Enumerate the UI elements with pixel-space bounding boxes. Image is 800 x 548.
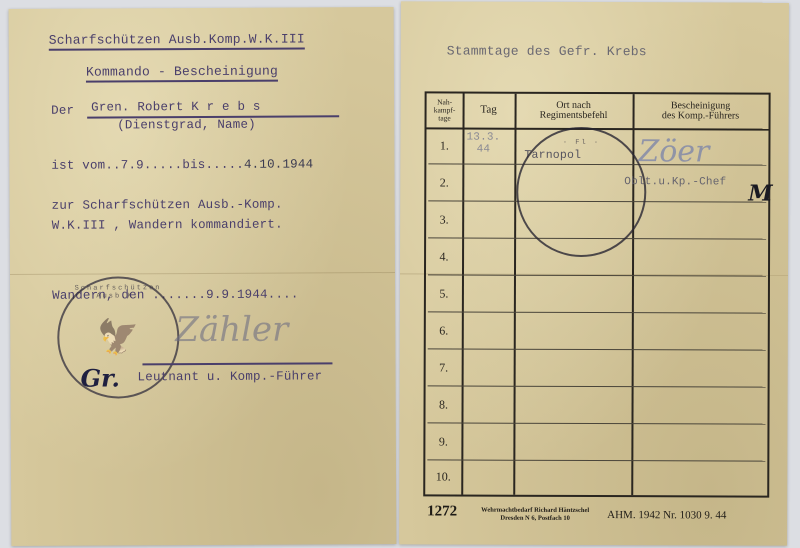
form-number: 1272 (427, 503, 457, 520)
document-title: Kommando - Bescheinigung (86, 64, 278, 83)
stammtage-card-document: Stammtage des Gefr. Krebs Nah- kampf- ta… (399, 1, 789, 545)
period-prefix: ist vom.. (51, 158, 120, 172)
header-nahkampftage: Nah- kampf- tage (427, 93, 463, 127)
assignment-line-2: W.K.III , Wandern kommandiert. (52, 218, 283, 233)
printer-line-2: Dresden N 6, Postfach 10 (465, 514, 605, 522)
table-row: 5. (426, 274, 768, 312)
table-row: 6. (426, 311, 768, 349)
form-reference: AHM. 1942 Nr. 1030 9. 44 (607, 509, 726, 521)
period-from: 7.9. (121, 158, 152, 172)
company-chief-signature: Zöer (638, 134, 709, 169)
stamp-ring-text: · Fl · (518, 139, 644, 147)
eagle-emblem-icon: 🦅 (97, 317, 140, 357)
period-line: ist vom..7.9.....bis.....4.10.1944 (51, 157, 313, 172)
table-row: 9. (425, 422, 767, 460)
assignment-line-1: zur Scharfschützen Ausb.-Komp. (52, 198, 283, 213)
unit-header: Scharfschützen Ausb.Komp.W.K.III (49, 31, 305, 50)
signatory-title: Leutnant u. Komp.-Führer (137, 369, 322, 384)
der-label: Der (51, 104, 74, 118)
header-ort: Ort nach Regimentsbefehl (515, 94, 633, 128)
row-number: 3. (426, 212, 462, 227)
row-number: 8. (426, 397, 462, 412)
fold-line (10, 272, 395, 275)
row-number: 1. (426, 138, 462, 153)
row-tag: 13.3. 44 (466, 132, 500, 156)
row-number: 5. (426, 286, 462, 301)
table-row: 10. (425, 459, 767, 497)
place-date-value: 9.9.1944 (206, 288, 268, 302)
printer-line-1: Wehrmachtbedarf Richard Häntzschel (465, 507, 605, 515)
table-row: 8. (425, 385, 767, 423)
commander-signature: Zähler (175, 310, 288, 351)
soldier-rank-name: Gren. Robert K r e b s (91, 100, 261, 115)
initial-mark: Gr. (80, 363, 119, 392)
header-bescheinigung: Bescheinigung des Komp.-Führers (633, 94, 769, 128)
kommando-bescheinigung-document: Scharfschützen Ausb.Komp.W.K.III Kommand… (9, 7, 397, 546)
row-number: 7. (426, 360, 462, 375)
card-title: Stammtage des Gefr. Krebs (447, 43, 647, 59)
place-date-suffix: .... (268, 287, 299, 301)
row-number: 10. (425, 469, 461, 484)
table-header: Nah- kampf- tage Tag Ort nach Regimentsb… (427, 93, 769, 130)
stamp-ring-text: Scharfschützen Ausb.K. (59, 284, 177, 301)
row-number: 6. (426, 323, 462, 338)
row-number: 9. (425, 434, 461, 449)
name-caption: (Dienstgrad, Name) (117, 118, 256, 133)
printer-imprint: Wehrmachtbedarf Richard Häntzschel Dresd… (465, 507, 605, 523)
signature-line (142, 362, 332, 365)
row-number: 4. (426, 249, 462, 264)
field-unit-stamp: · Fl · (516, 127, 646, 257)
header-tag: Tag (463, 94, 515, 128)
period-mid: ....bis..... (152, 158, 244, 172)
initial-mark: M (748, 181, 772, 207)
period-to: 4.10.1944 (244, 157, 313, 171)
table-row: 7. (426, 348, 768, 386)
row-number: 2. (426, 175, 462, 190)
